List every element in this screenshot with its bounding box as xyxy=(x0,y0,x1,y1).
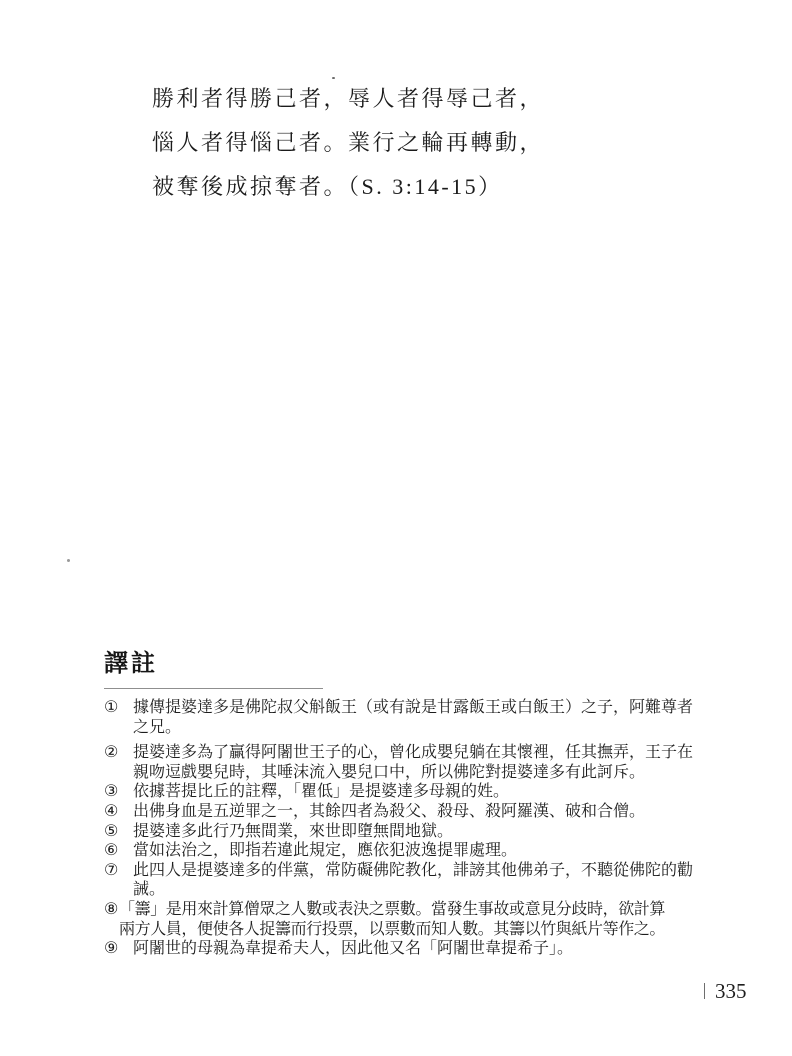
book-page: 勝利者得勝己者，辱人者得辱己者，惱人者得惱己者。業行之輪再轉動，被奪後成掠奪者。… xyxy=(0,0,792,1056)
note-text-line: 提婆達多為了贏得阿闍世王子的心，曾化成嬰兒躺在其懷裡，任其撫弄，王子在 xyxy=(133,743,710,763)
note-item: ④ 出佛身血是五逆罪之一，其餘四者為殺父、殺母、殺阿羅漢、破和合僧。 xyxy=(104,802,710,822)
note-text-line: 提婆達多此行乃無間業，來世即墮無間地獄。 xyxy=(133,822,710,842)
note-number: ⑨ xyxy=(104,939,133,959)
note-number: ④ xyxy=(104,802,133,822)
verse-line: 惱人者得惱己者。業行之輪再轉動， xyxy=(152,121,544,165)
note-item: ⑤ 提婆達多此行乃無間業，來世即墮無間地獄。 xyxy=(104,822,710,842)
note-item: ③ 依據菩提比丘的註釋，「瞿低」是提婆達多母親的姓。 xyxy=(104,782,710,802)
note-number: ① xyxy=(104,698,133,737)
note-text: 當如法治之，即指若違此規定，應依犯波逸提罪處理。 xyxy=(133,841,710,861)
notes-section-heading: 譯註 xyxy=(104,650,158,678)
verse-block: 勝利者得勝己者，辱人者得辱己者，惱人者得惱己者。業行之輪再轉動，被奪後成掠奪者。… xyxy=(152,77,544,209)
note-text-line: 親吻逗戲嬰兒時，其唾沫流入嬰兒口中，所以佛陀對提婆達多有此訶斥。 xyxy=(133,763,710,783)
note-text: 提婆達多為了贏得阿闍世王子的心，曾化成嬰兒躺在其懷裡，任其撫弄，王子在親吻逗戲嬰… xyxy=(133,743,710,782)
note-text: 「籌」是用來計算僧眾之人數或表決之票數。當發生事故或意見分歧時，欲計算兩方人員，… xyxy=(119,900,710,939)
note-number: ② xyxy=(104,743,133,782)
verse-line: 被奪後成掠奪者。（S. 3:14-15） xyxy=(152,165,544,209)
note-text: 阿闍世的母親為韋提希夫人，因此他又名「阿闍世韋提希子」。 xyxy=(133,939,710,959)
note-text: 此四人是提婆達多的伴黨，常防礙佛陀教化，誹謗其他佛弟子，不聽從佛陀的勸誡。 xyxy=(133,861,710,900)
notes-list: ① 據傳提婆達多是佛陀叔父斛飯王（或有說是甘露飯王或白飯王）之子，阿難尊者之兄。… xyxy=(104,698,710,959)
note-item: ⑥ 當如法治之，即指若違此規定，應依犯波逸提罪處理。 xyxy=(104,841,710,861)
note-number: ⑦ xyxy=(104,861,133,900)
note-text-line: 誡。 xyxy=(133,880,710,900)
note-text: 據傳提婆達多是佛陀叔父斛飯王（或有說是甘露飯王或白飯王）之子，阿難尊者之兄。 xyxy=(133,698,710,737)
note-text-line: 之兄。 xyxy=(133,718,710,738)
page-number: 335 xyxy=(715,980,747,1002)
page-footer: 335 xyxy=(704,980,747,1002)
scan-speck xyxy=(67,559,70,562)
note-item: ① 據傳提婆達多是佛陀叔父斛飯王（或有說是甘露飯王或白飯王）之子，阿難尊者之兄。 xyxy=(104,698,710,737)
note-item: ② 提婆達多為了贏得阿闍世王子的心，曾化成嬰兒躺在其懷裡，任其撫弄，王子在親吻逗… xyxy=(104,743,710,782)
note-text: 出佛身血是五逆罪之一，其餘四者為殺父、殺母、殺阿羅漢、破和合僧。 xyxy=(133,802,710,822)
note-text: 依據菩提比丘的註釋，「瞿低」是提婆達多母親的姓。 xyxy=(133,782,710,802)
note-item: ⑦ 此四人是提婆達多的伴黨，常防礙佛陀教化，誹謗其他佛弟子，不聽從佛陀的勸誡。 xyxy=(104,861,710,900)
note-number: ⑤ xyxy=(104,822,133,842)
note-text-line: 出佛身血是五逆罪之一，其餘四者為殺父、殺母、殺阿羅漢、破和合僧。 xyxy=(133,802,710,822)
note-text-line: 據傳提婆達多是佛陀叔父斛飯王（或有說是甘露飯王或白飯王）之子，阿難尊者 xyxy=(133,698,710,718)
note-number: ③ xyxy=(104,782,133,802)
note-item: ⑧ 「籌」是用來計算僧眾之人數或表決之票數。當發生事故或意見分歧時，欲計算兩方人… xyxy=(104,900,710,939)
note-text-line: 阿闍世的母親為韋提希夫人，因此他又名「阿闍世韋提希子」。 xyxy=(133,939,710,959)
note-text: 提婆達多此行乃無間業，來世即墮無間地獄。 xyxy=(133,822,710,842)
verse-line: 勝利者得勝己者，辱人者得辱己者， xyxy=(152,77,544,121)
note-number: ⑧ xyxy=(104,900,119,939)
note-text-line: 依據菩提比丘的註釋，「瞿低」是提婆達多母親的姓。 xyxy=(133,782,710,802)
note-text-line: 當如法治之，即指若違此規定，應依犯波逸提罪處理。 xyxy=(133,841,710,861)
note-text-line: 「籌」是用來計算僧眾之人數或表決之票數。當發生事故或意見分歧時，欲計算 xyxy=(119,900,710,920)
note-item: ⑨ 阿闍世的母親為韋提希夫人，因此他又名「阿闍世韋提希子」。 xyxy=(104,939,710,959)
note-text-line: 兩方人員，便使各人捉籌而行投票，以票數而知人數。其籌以竹與紙片等作之。 xyxy=(119,920,710,940)
page-number-divider xyxy=(704,983,705,999)
heading-underline xyxy=(104,688,323,689)
note-number: ⑥ xyxy=(104,841,133,861)
note-text-line: 此四人是提婆達多的伴黨，常防礙佛陀教化，誹謗其他佛弟子，不聽從佛陀的勸 xyxy=(133,861,710,881)
